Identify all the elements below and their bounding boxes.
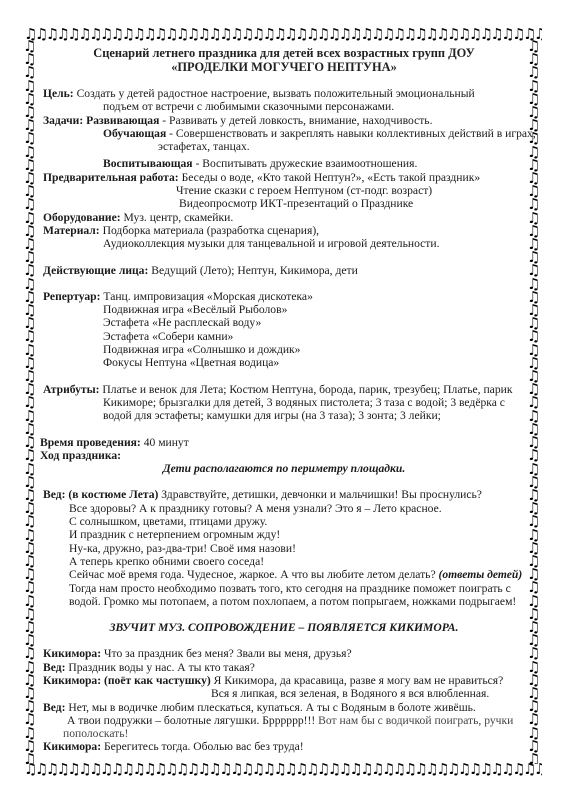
task-developing: Задачи: Развивающая - Развивать у детей … xyxy=(43,114,525,127)
course-label: Ход праздника: xyxy=(40,449,525,462)
repertoire-item: Эстафета «Собери камни» xyxy=(43,330,525,343)
title-line-1: Сценарий летнего праздника для детей все… xyxy=(43,46,525,60)
prep-line-2: Чтение сказки с героем Нептуном (ст-подг… xyxy=(43,184,525,197)
stage-direction-music: ЗВУЧИТ МУЗ. СОПРОВОЖДЕНИЕ – ПОЯВЛЯЕТСЯ К… xyxy=(43,621,525,634)
dialogue-line: Кикимора: Берегитесь тогда. Оболью вас б… xyxy=(43,740,525,753)
equipment-line: Оборудование: Муз. центр, скамейки. xyxy=(43,211,525,224)
material-line: Материал: Подборка материала (разработка… xyxy=(43,224,525,237)
repertoire-item: Подвижная игра «Солнышко и дождик» xyxy=(43,343,525,356)
repertoire-item: Эстафета «Не расплескай воду» xyxy=(43,316,525,329)
speech-line: Вед: (в костюме Лета) Здравствуйте, дети… xyxy=(43,488,525,501)
speech-line: Сейчас моё время года. Чудесное, жаркое.… xyxy=(43,568,525,581)
repertoire-item: Подвижная игра «Весёлый Рыболов» xyxy=(43,303,525,316)
task-teaching-cont: эстафетах, танцах. xyxy=(43,140,525,153)
duration-line: Время проведения: 40 минут xyxy=(40,436,525,449)
dialogue-line: пополоскать! xyxy=(43,727,525,740)
speech-line: водой. Громко мы потопаем, а потом похло… xyxy=(43,595,525,608)
speech-line: Ну-ка, дружно, раз-два-три! Своё имя наз… xyxy=(43,542,525,555)
prep-line-3: Видеопросмотр ИКТ-презентаций о Праздник… xyxy=(43,197,525,210)
attributes-line-2: Кикиморе; брызгалки для детей, 3 водяных… xyxy=(43,396,525,409)
dialogue-line: Вед: Нет, мы в водичке любим плескаться,… xyxy=(43,701,525,714)
answer-note: (ответы детей) xyxy=(439,568,523,581)
dialogue-line: Кикимора: Что за праздник без меня? Звал… xyxy=(43,647,525,660)
speech-line: А теперь крепко обними своего соседа! xyxy=(43,555,525,568)
stage-direction: Дети располагаются по периметру площадки… xyxy=(43,462,525,475)
dialogue-line: Кикимора: (поёт как частушку) Я Кикимора… xyxy=(43,674,525,687)
speech-line: Все здоровы? А к празднику готовы? А мен… xyxy=(43,502,525,515)
task-upbringing: Воспитывающая - Воспитывать дружеские вз… xyxy=(43,157,525,170)
speech-line: И праздник с нетерпением огромным жду! xyxy=(43,528,525,541)
border-top: ♫♫♫♫♫♫♫♫♫♫♫♫♫♫♫♫♫♫♫♫♫♫♫♫♫♫♫♫♫♫♫♫♫♫♫♫♫♫♫♫… xyxy=(24,27,542,41)
dialogue-line: Вся я липкая, вся зеленая, в Водяного я … xyxy=(43,687,525,700)
material-line-2: Аудиоколлекция музыки для танцевальной и… xyxy=(43,237,525,250)
goal-line-2: подъем от встречи с любимыми сказочными … xyxy=(43,100,525,113)
border-right: ♫♫♫♫♫♫♫♫♫♫♫♫♫♫♫♫♫♫♫♫♫♫♫♫♫♫♫♫♫♫♫♫♫♫♫♫♫♫♫♫… xyxy=(527,40,543,764)
attributes-line: Атрибуты: Платье и венок для Лета; Костю… xyxy=(43,383,525,396)
task-teaching: Обучающая - Совершенствовать и закреплят… xyxy=(43,127,525,140)
attributes-line-3: водой для эстафеты; камушки для игры (на… xyxy=(43,409,525,422)
document-page: Сценарий летнего праздника для детей все… xyxy=(43,46,525,754)
goal-line: Цель: Создать у детей радостное настроен… xyxy=(43,87,525,100)
speech-line: С солнышком, цветами, птицами дружу. xyxy=(43,515,525,528)
document-title: Сценарий летнего праздника для детей все… xyxy=(43,46,525,74)
goal-label: Цель: xyxy=(43,87,74,100)
dialogue-line: Вед: Праздник воды у нас. А ты кто такая… xyxy=(43,661,525,674)
dialogue-line: А твои подружки – болотные лягушки. Бррр… xyxy=(43,714,525,727)
border-bottom: ♫♫♫♫♫♫♫♫♫♫♫♫♫♫♫♫♫♫♫♫♫♫♫♫♫♫♫♫♫♫♫♫♫♫♫♫♫♫♫♫… xyxy=(24,762,542,776)
speech-line: Тогда нам просто необходимо позвать того… xyxy=(43,582,525,595)
border-left: ♫♫♫♫♫♫♫♫♫♫♫♫♫♫♫♫♫♫♫♫♫♫♫♫♫♫♫♫♫♫♫♫♫♫♫♫♫♫♫♫… xyxy=(23,40,39,764)
prep-line: Предварительная работа: Беседы о воде, «… xyxy=(43,171,525,184)
characters-line: Действующие лица: Ведущий (Лето); Нептун… xyxy=(43,264,525,277)
repertoire-item: Фокусы Нептуна «Цветная водица» xyxy=(43,356,525,369)
repertoire-line: Репертуар: Танц. импровизация «Морская д… xyxy=(43,290,525,303)
title-line-2: «ПРОДЕЛКИ МОГУЧЕГО НЕПТУНА» xyxy=(43,60,525,74)
